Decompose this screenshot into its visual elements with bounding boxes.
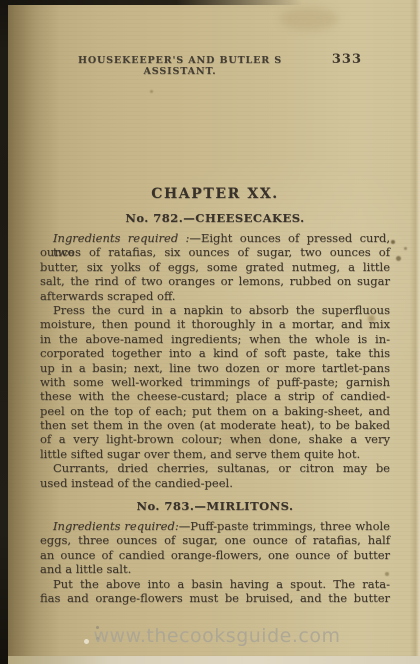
text-line: Put the above into a basin having a spou…	[40, 577, 390, 591]
paragraph: Press the curd in a napkin to absorb the…	[40, 303, 390, 461]
ingredients-lead: Ingredients required:—	[53, 519, 190, 533]
text-line: up in a basin; next, line two dozen or m…	[40, 361, 390, 375]
chapter-heading: CHAPTER XX.	[40, 186, 390, 202]
text-line: peel on the top of each; put them on a b…	[40, 404, 390, 418]
page-right-edge	[410, 0, 420, 664]
page-top-edge	[0, 0, 420, 5]
paragraph: Currants, dried cherries, sultanas, or c…	[40, 461, 390, 490]
text-line: Press the curd in a napkin to absorb the…	[40, 303, 390, 317]
text-line: moisture, then pound it thoroughly in a …	[40, 317, 390, 331]
foxing-spot	[396, 256, 401, 261]
text-line: with some well-worked trimmings of puff-…	[40, 375, 390, 389]
paragraph: Ingredients required :—Eight ounces of p…	[40, 231, 390, 303]
text-line: Currants, dried cherries, sultanas, or c…	[40, 461, 390, 475]
text-line: Ingredients required:—Puff-paste trimmin…	[40, 519, 390, 533]
text-line: Ingredients required :—Eight ounces of p…	[40, 231, 390, 245]
text-line: these with the cheese-custard; place a s…	[40, 389, 390, 403]
paragraph: Put the above into a basin having a spou…	[40, 577, 390, 606]
text-line: butter, six yolks of eggs, some grated n…	[40, 260, 390, 274]
page-number: 333	[332, 52, 362, 67]
text-line: then set them in the oven (at moderate h…	[40, 418, 390, 432]
book-spine-edge	[0, 0, 8, 664]
foxing-spot	[391, 240, 395, 244]
foxing-spot	[150, 90, 153, 93]
text-line: and a little salt.	[40, 562, 390, 576]
text-line: corporated together into a kind of soft …	[40, 346, 390, 360]
text-line: afterwards scraped off.	[40, 289, 390, 303]
text-line: little sifted sugar over them, and serve…	[40, 447, 390, 461]
running-header: HOUSEKEEPER'S AND BUTLER S ASSISTANT. 33…	[40, 55, 390, 71]
ingredients-lead: Ingredients required :—	[53, 231, 201, 245]
section-heading: No. 782.—CHEESECAKES.	[40, 211, 390, 225]
text-line: an ounce of candied orange-flowers, one …	[40, 548, 390, 562]
text-line: salt, the rind of two oranges or lemons,…	[40, 274, 390, 288]
text-line: of a very light-brown colour; when done,…	[40, 432, 390, 446]
text-line: in the above-named ingredients; when the…	[40, 332, 390, 346]
text-line: ounces of ratafias, six ounces of sugar,…	[40, 245, 390, 259]
paragraph: Ingredients required:—Puff-paste trimmin…	[40, 519, 390, 577]
page-bottom-edge	[8, 656, 420, 664]
foxing-spot	[404, 247, 407, 250]
stain	[280, 8, 338, 30]
section-heading: No. 783.—MIRLITONS.	[40, 499, 390, 513]
watermark-text: www.thecooksguide.com	[0, 625, 420, 647]
text-line: fias and orange-flowers must be bruised,…	[40, 591, 390, 605]
text-line: used instead of the candied-peel.	[40, 476, 390, 490]
text-line: eggs, three ounces of sugar, one ounce o…	[40, 533, 390, 547]
text-column: CHAPTER XX. No. 782.—CHEESECAKES.Ingredi…	[40, 186, 390, 605]
scanned-book-page: HOUSEKEEPER'S AND BUTLER S ASSISTANT. 33…	[0, 0, 420, 664]
